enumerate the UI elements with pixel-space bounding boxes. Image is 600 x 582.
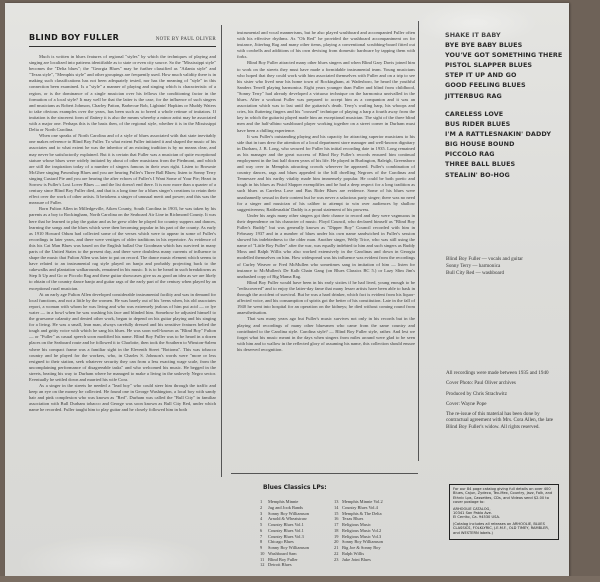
lp-number: 12 <box>260 562 268 568</box>
track-title: STEALIN' BO-HOG <box>445 170 551 180</box>
track-title: BYE BYE BABY BLUES <box>445 40 562 50</box>
liner-notes-middle-column: instrumental and vocal mannerisms, but h… <box>237 30 415 353</box>
personnel-line: Blind Boy Fuller — vocals and guitar <box>446 256 523 263</box>
cover-photo-credit: Cover Photo: Paul Oliver archives <box>446 380 563 386</box>
lp-title: Religious Music <box>342 522 371 527</box>
lp-title: Chicago Blues <box>268 539 294 544</box>
lp-title: Memphis Minnie Vol.2 <box>342 499 383 504</box>
lp-title: Juke Joint Blues <box>342 557 371 562</box>
rights-notice: The re-issue of this material has been d… <box>446 411 563 430</box>
paragraph: instrumental and vocal mannerisms, but h… <box>237 30 415 60</box>
recording-dates: All recordings were made between 1935 an… <box>446 370 563 376</box>
lp-title: Blind Boy Fuller <box>268 557 298 562</box>
section-rule <box>231 473 418 474</box>
album-back-cover: BLIND BOY FULLER NOTE BY PAUL OLIVER Muc… <box>5 3 569 582</box>
liner-notes-header: BLIND BOY FULLER NOTE BY PAUL OLIVER <box>29 33 216 47</box>
paragraph: Blind Boy Fuller attracted many other bl… <box>237 60 415 133</box>
lp-list-item: 23Juke Joint Blues <box>334 557 383 563</box>
blues-classics-heading: Blues Classics LPs: <box>263 484 327 491</box>
catalog-footer: (Catalog includes all releases on ARHOOL… <box>453 522 555 535</box>
lp-title: Religious Music Vol.2 <box>342 528 381 533</box>
lp-title: Sonny Boy Williamson <box>268 545 309 550</box>
track-title: I'M A RATTLESNAKIN' DADDY <box>445 129 551 139</box>
lp-title: Texas Blues <box>342 516 363 521</box>
lp-title: Ralph Willis <box>342 551 364 556</box>
cover-design-credit: Cover: Wayne Pope <box>446 401 563 407</box>
liner-notes-left-column: BLIND BOY FULLER NOTE BY PAUL OLIVER Muc… <box>29 33 216 414</box>
address-line: 10341 San Pablo Ave. <box>453 511 492 515</box>
lp-title: Memphis Minnie <box>268 499 298 504</box>
lp-title: Country Blues Vol.1 <box>268 522 304 527</box>
personnel-line: Bull City Red — washboard <box>446 270 523 277</box>
paragraph: Under his aegis many other singers got t… <box>237 213 415 280</box>
paragraph: At an early age Fulton Allen developed c… <box>29 292 216 383</box>
note-author: NOTE BY PAUL OLIVER <box>156 37 216 42</box>
catalog-intro: For our 84 page catalog giving full deta… <box>453 487 555 505</box>
lp-title: Country Blues Vol.4 <box>342 505 378 510</box>
catalog-offer-box: For our 84 page catalog giving full deta… <box>449 484 559 540</box>
lp-number: 23 <box>334 557 342 563</box>
paragraph: As a singer in the streets he needed a "… <box>29 383 216 413</box>
paragraph: Much is written in blues features of reg… <box>29 54 216 133</box>
personnel: Blind Boy Fuller — vocals and guitar Son… <box>446 256 523 277</box>
lp-title: Washboard Sam <box>268 551 297 556</box>
personnel-line: Sonny Terry — harmonica <box>446 263 523 270</box>
track-title: YOU'VE GOT SOMETHING THERE <box>445 50 562 60</box>
lp-title: Country Blues Vol.1 <box>268 528 304 533</box>
lp-title: Detroit Blues <box>268 562 292 567</box>
column-divider <box>221 25 222 477</box>
paragraph: That was many years ago but Fuller's mus… <box>237 316 415 353</box>
lp-title: Arnold & Wheatstraw <box>268 516 307 521</box>
liner-notes-text: instrumental and vocal mannerisms, but h… <box>237 30 415 353</box>
track-title: STEP IT UP AND GO <box>445 70 562 80</box>
track-title: SHAKE IT BABY <box>445 30 562 40</box>
paragraph: When one speaks of North Carolina and of… <box>29 133 216 206</box>
lp-title: Memphis & The Delta <box>342 511 382 516</box>
paragraph: Blind Boy Fuller would have been in his … <box>237 280 415 317</box>
paragraph: Born Fulton Allen in Milledgeville, Aike… <box>29 206 216 291</box>
blues-classics-list: 13Memphis Minnie Vol.214Country Blues Vo… <box>334 499 383 562</box>
background-surface <box>0 576 600 582</box>
track-title: JITTERBUG RAG <box>445 91 562 101</box>
lp-title: Sonny Boy Williamson <box>342 539 383 544</box>
lp-title: Sonny Boy Williamson <box>268 511 309 516</box>
lp-title: Religious Music Vol.3 <box>342 534 381 539</box>
track-title: CARELESS LOVE <box>445 109 551 119</box>
track-title: PICCOLO RAG <box>445 149 551 159</box>
track-title: BIG HOUSE BOUND <box>445 139 551 149</box>
address-line: ARHOOLIE CATALOG, <box>453 507 490 511</box>
track-title: PISTOL SLAPPER BLUES <box>445 60 562 70</box>
track-title: THREE BALL BLUES <box>445 159 551 169</box>
paragraph: It was Fuller's outstanding playing and … <box>237 134 415 213</box>
catalog-address: ARHOOLIE CATALOG, 10341 San Pablo Ave. E… <box>453 507 555 520</box>
lp-title: Country Blues Vol.3 <box>268 534 304 539</box>
tracklist-side-2: CARELESS LOVEBUS RIDER BLUESI'M A RATTLE… <box>445 109 551 180</box>
tracklist-side-1: SHAKE IT BABYBYE BYE BABY BLUESYOU'VE GO… <box>445 30 562 101</box>
track-title: GOOD FEELING BLUES <box>445 80 562 90</box>
track-title: BUS RIDER BLUES <box>445 119 551 129</box>
producer-credit: Produced by Chris Strachwitz <box>446 391 563 397</box>
lp-title: Jug and Jook Bands <box>268 505 303 510</box>
liner-notes-text: Much is written in blues features of reg… <box>29 54 216 414</box>
credits: All recordings were made between 1935 an… <box>446 370 563 434</box>
lp-title: Big Joe & Sonny Boy <box>342 545 381 550</box>
blues-classics-list: 1Memphis Minnie2Jug and Jook Bands3Sonny… <box>260 499 309 568</box>
album-title: BLIND BOY FULLER <box>29 33 119 42</box>
lp-list-item: 12Detroit Blues <box>260 562 309 568</box>
column-divider <box>418 21 419 461</box>
address-line: El Cerrito, Ca. 94530 USA. <box>453 515 500 519</box>
